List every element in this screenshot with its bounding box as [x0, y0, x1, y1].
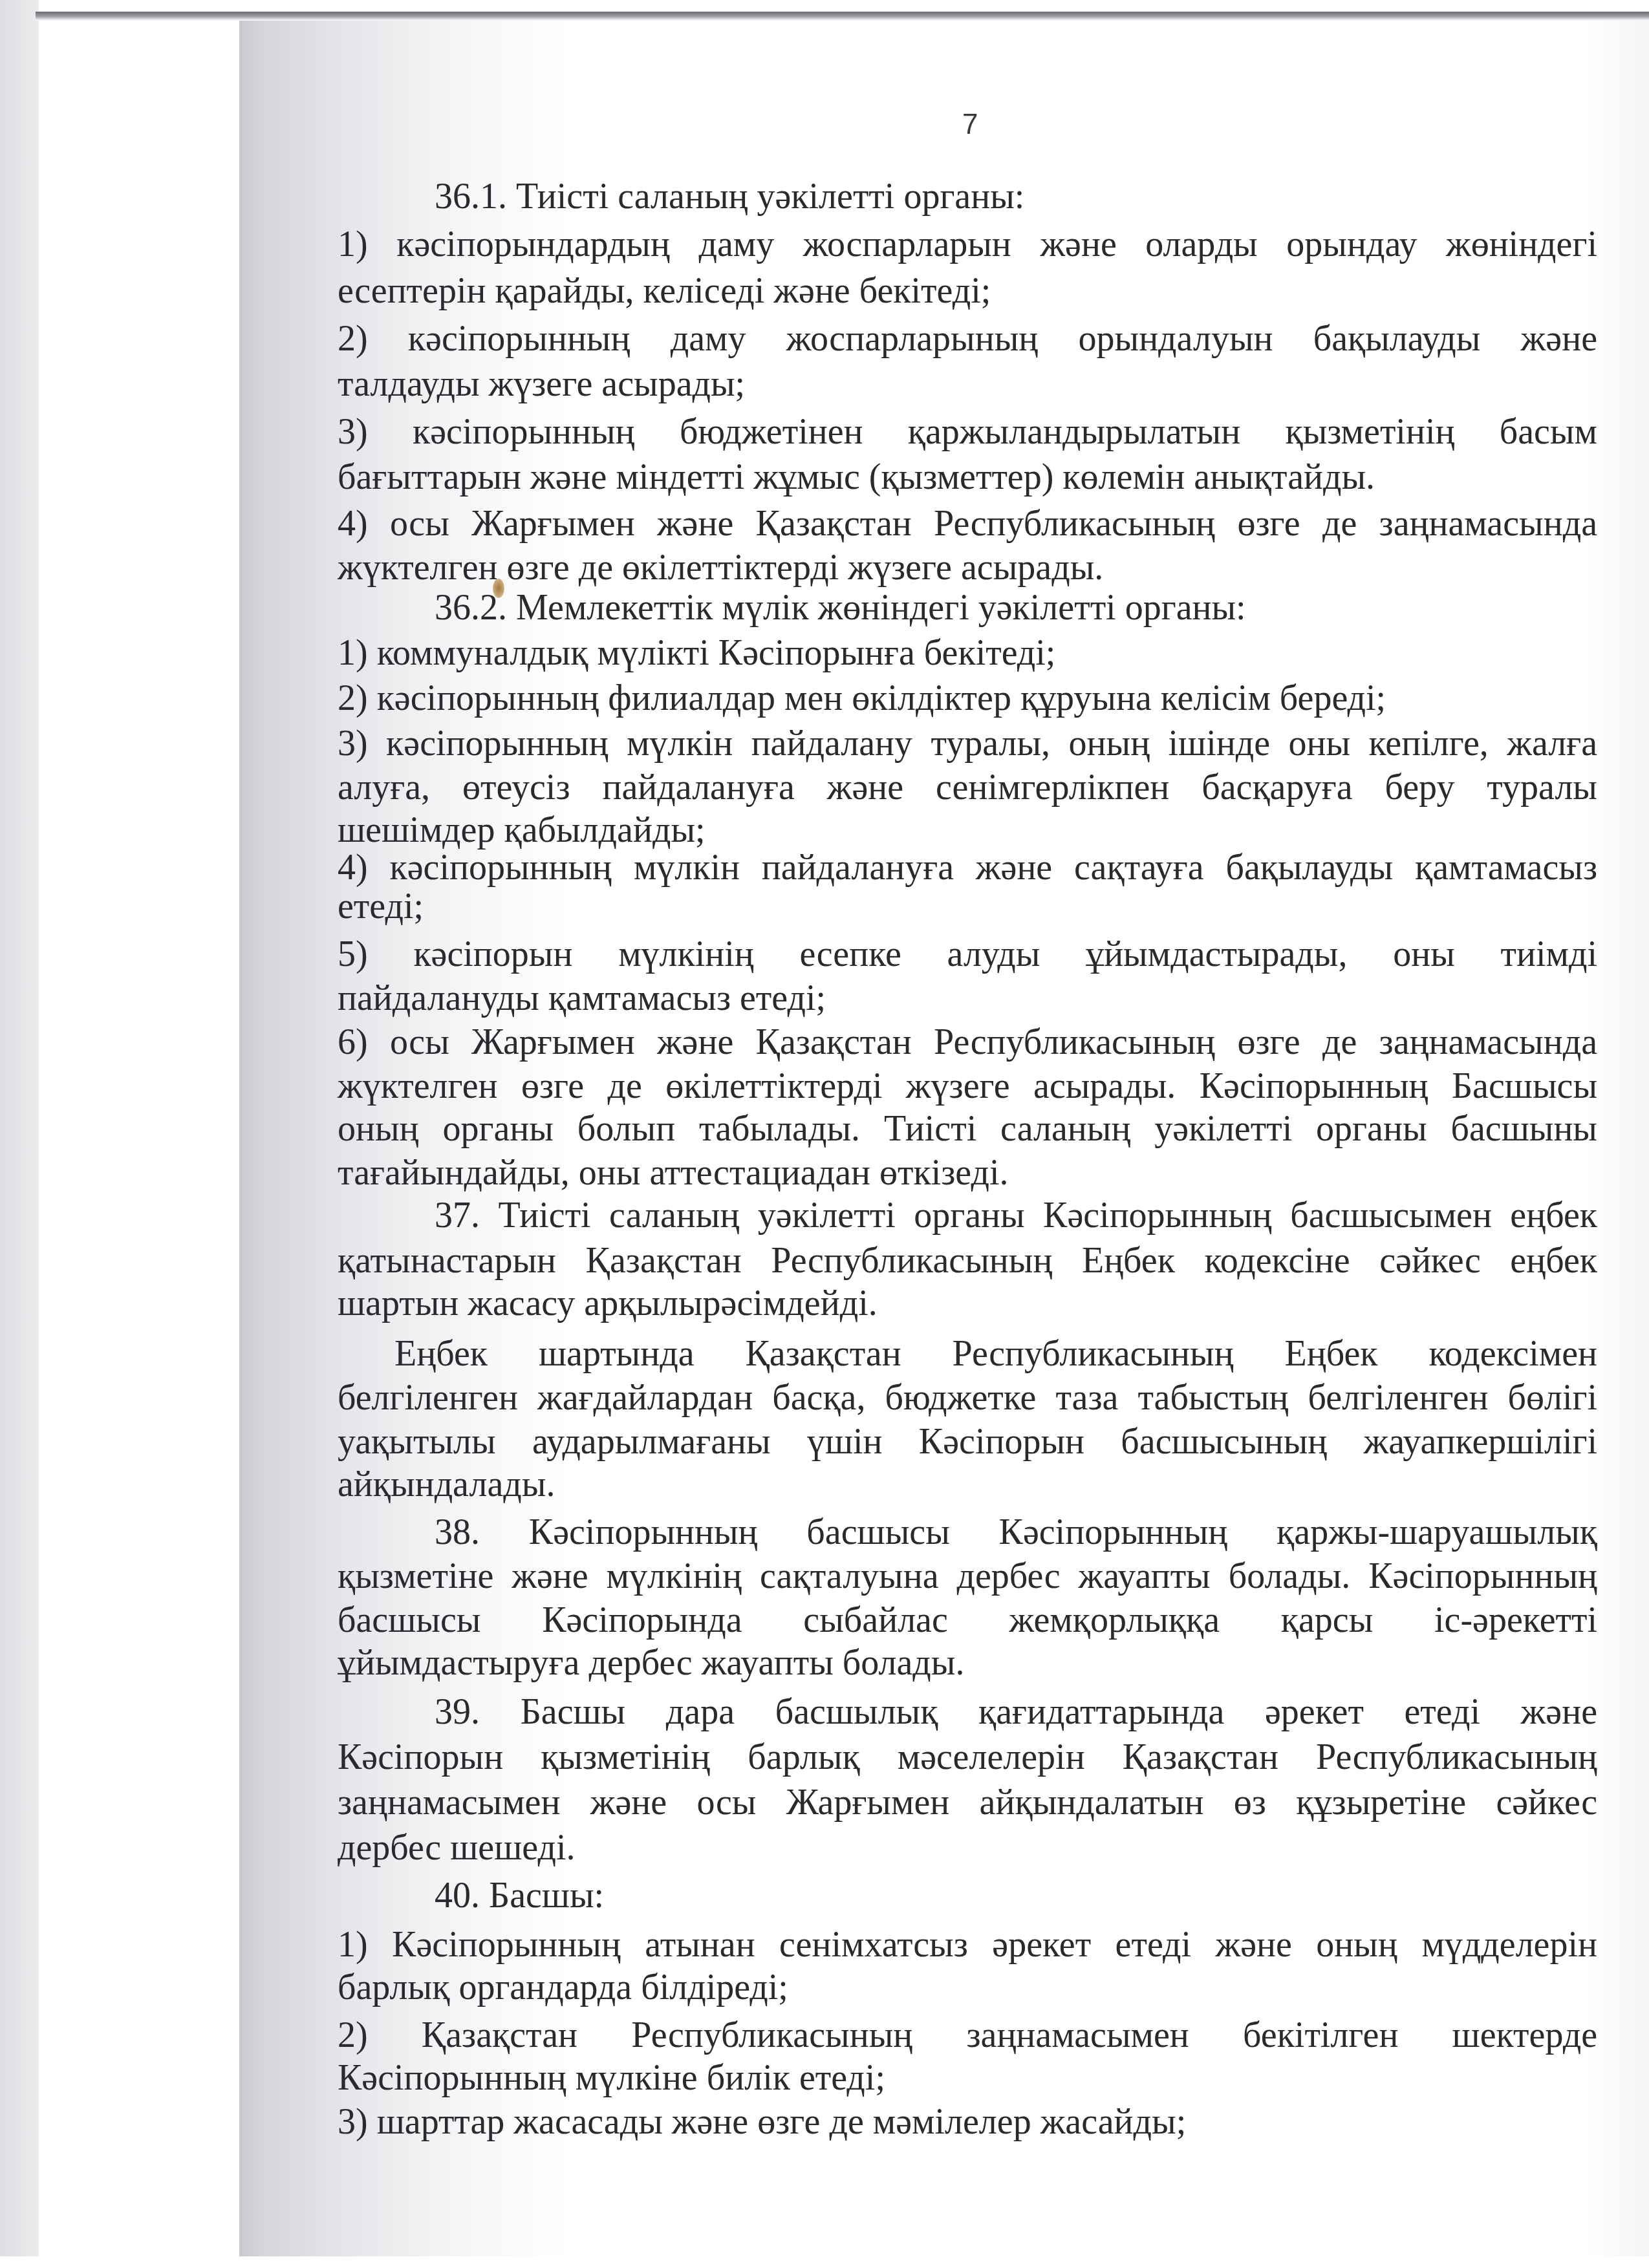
text-line: 1) Кәсіпорынның атынан сенімхатсыз әреке… — [338, 1924, 1597, 1965]
text-line: жүктелген өзге де өкілеттіктерді жүзеге … — [338, 547, 1597, 588]
text-line: 3) кәсіпорынның бюджетінен қаржыландырыл… — [338, 411, 1597, 453]
text-line: уақытылы аударылмағаны үшін Кәсіпорын ба… — [338, 1421, 1597, 1462]
section-heading-37: 37. Тиісті саланың уәкілетті органы Кәсі… — [435, 1195, 1597, 1236]
text-line: 3) кәсіпорынның мүлкін пайдалану туралы,… — [338, 723, 1597, 764]
text-line: алуға, өтеусіз пайдалануға және сенімгер… — [338, 767, 1597, 808]
text-line: 2) Қазақстан Республикасының заңнамасыме… — [338, 2015, 1597, 2056]
text-line: 3) шарттар жасасады және өзге де мәмілел… — [338, 2101, 1597, 2143]
text-line: заңнамасымен және осы Жарғымен айқындала… — [338, 1782, 1597, 1823]
text-line: белгіленген жағдайлардан басқа, бюджетке… — [338, 1377, 1597, 1418]
text-line: Еңбек шартында Қазақстан Республикасының… — [394, 1333, 1597, 1375]
text-line: басшысы Кәсіпорында сыбайлас жемқорлыққа… — [338, 1599, 1597, 1641]
text-line: 2) кәсіпорынның даму жоспарларының орынд… — [338, 318, 1597, 359]
text-line: пайдалануды қамтамасыз етеді; — [338, 978, 1597, 1019]
section-heading-36-2: 36.2. Мемлекеттік мүлік жөніндегі уәкіле… — [435, 587, 1597, 628]
text-line: оның органы болып табылады. Тиісті салан… — [338, 1108, 1597, 1150]
text-line: 1) кәсіпорындардың даму жоспарларын және… — [338, 224, 1597, 265]
scan-bottom-edge — [0, 2256, 1649, 2268]
section-heading-39: 39. Басшы дара басшылық қағидаттарында ә… — [435, 1691, 1597, 1733]
text-line: есептерін қарайды, келіседі және бекітед… — [338, 270, 1597, 312]
text-line: жүктелген өзге де өкілеттіктерді жүзеге … — [338, 1065, 1597, 1107]
text-line: етеді; — [338, 886, 1597, 927]
text-line: 4) кәсіпорынның мүлкін пайдалануға және … — [338, 847, 1597, 888]
text-line: 5) кәсіпорын мүлкінің есепке алуды ұйымд… — [338, 934, 1597, 975]
text-line: 6) осы Жарғымен және Қазақстан Республик… — [338, 1022, 1597, 1063]
text-line: 2) кәсіпорынның филиалдар мен өкілдіктер… — [338, 678, 1597, 719]
text-line: айқындалады. — [338, 1464, 1597, 1505]
text-line: ұйымдастыруға дербес жауапты болады. — [338, 1642, 1597, 1684]
text-line: тағайындайды, оны аттестациадан өткізеді… — [338, 1152, 1597, 1193]
text-line: шешімдер қабылдайды; — [338, 809, 1597, 851]
text-line: 1) коммуналдық мүлікті Кәсіпорынға бекіт… — [338, 632, 1597, 674]
section-heading-36-1: 36.1. Тиісті саланың уәкілетті органы: — [435, 176, 1597, 217]
page-number: 7 — [962, 109, 978, 141]
scan-top-edge — [36, 12, 1649, 21]
text-line: дербес шешеді. — [338, 1827, 1597, 1868]
section-heading-40: 40. Басшы: — [435, 1875, 1597, 1916]
text-line: Кәсіпорынның мүлкіне билік етеді; — [338, 2057, 1597, 2099]
scan-white-strip — [39, 19, 239, 2256]
section-heading-38: 38. Кәсіпорынның басшысы Кәсіпорынның қа… — [435, 1512, 1597, 1553]
text-line: 4) осы Жарғымен және Қазақстан Республик… — [338, 503, 1597, 544]
text-line: талдауды жүзеге асырады; — [338, 363, 1597, 405]
text-line: Кәсіпорын қызметінің барлық мәселелерін … — [338, 1737, 1597, 1778]
scan-left-margin — [0, 0, 39, 2268]
text-line: қызметіне және мүлкінің сақталуына дербе… — [338, 1556, 1597, 1597]
text-line: барлық органдарда білдіреді; — [338, 1967, 1597, 2008]
text-line: шартын жасасу арқылырәсімдейді. — [338, 1283, 1597, 1324]
text-line: бағыттарын және міндетті жұмыс (қызметте… — [338, 456, 1597, 498]
text-line: қатынастарын Қазақстан Республикасының Е… — [338, 1240, 1597, 1281]
